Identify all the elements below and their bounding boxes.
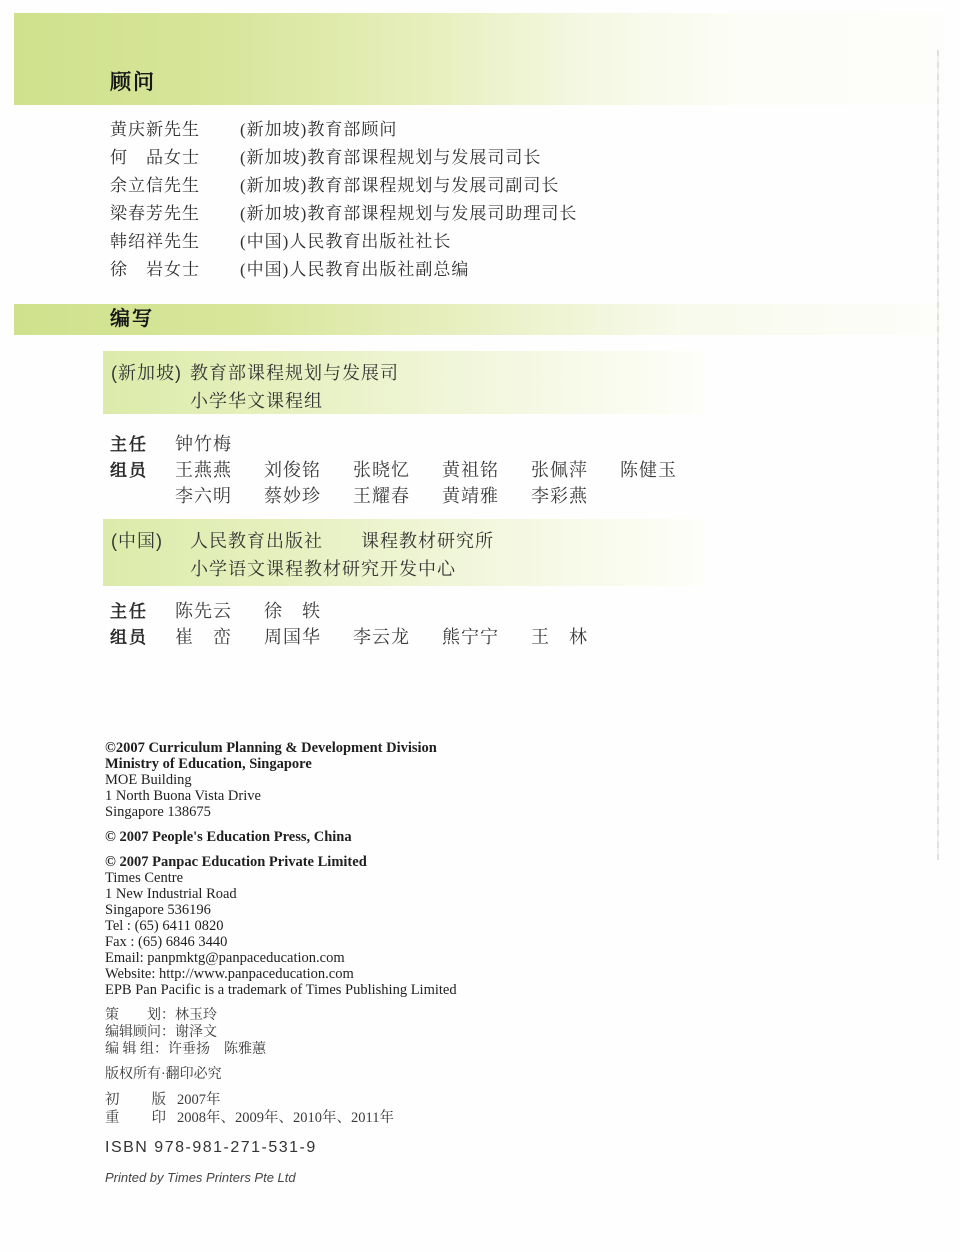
- person-name: 徐 轶: [264, 597, 321, 623]
- china-org-line2: 小学语文课程教材研究开发中心: [190, 555, 494, 583]
- advisor-name: 何 品女士: [110, 144, 240, 172]
- singapore-director-row: 主任 钟竹梅: [110, 430, 232, 456]
- advisor-name: 韩绍祥先生: [110, 228, 240, 256]
- singapore-members-row1: 组员 王燕燕 刘俊铭 张晓忆 黄祖铭 张佩萍 陈健玉: [110, 456, 677, 482]
- person-name: 王 林: [531, 623, 588, 649]
- panpac-email: Email: panpmktg@panpaceducation.com: [105, 950, 665, 966]
- members-label: 组员: [110, 456, 175, 481]
- person-name: 黄靖雅: [442, 482, 531, 508]
- chinese-credits: 策 划：林玉玲 编辑顾问：谢泽文 编 辑 组：许垂扬 陈雅蕙: [105, 1007, 665, 1058]
- cpdd-addr3: Singapore 138675: [105, 804, 665, 820]
- credit-label: 编辑顾问：: [105, 1025, 175, 1040]
- credit-row: 编辑顾问：谢泽文: [105, 1024, 665, 1041]
- edition-value: 2008年、2009年、2010年、2011年: [177, 1110, 394, 1126]
- advisor-title: (中国)人民教育出版社社长: [240, 228, 451, 256]
- advisors-heading: 顾问: [110, 66, 156, 96]
- advisors-list: 黄庆新先生 (新加坡)教育部顾问 何 品女士 (新加坡)教育部课程规划与发展司司…: [110, 116, 750, 284]
- singapore-org-box: (新加坡) 教育部课程规划与发展司 小学华文课程组: [103, 351, 703, 414]
- advisor-row: 黄庆新先生 (新加坡)教育部顾问: [110, 116, 750, 144]
- china-org-names: 人民教育出版社 课程教材研究所 小学语文课程教材研究开发中心: [190, 527, 494, 583]
- member-names: 崔 峦 周国华 李云龙 熊宁宁 王 林: [175, 623, 588, 649]
- singapore-org-line1: 教育部课程规划与发展司: [190, 359, 399, 387]
- advisor-title: (新加坡)教育部顾问: [240, 116, 397, 144]
- panpac-trademark: EPB Pan Pacific is a trademark of Times …: [105, 982, 665, 998]
- advisor-title: (中国)人民教育出版社副总编: [240, 256, 469, 284]
- edition-label: 初 版: [105, 1091, 177, 1109]
- person-name: 刘俊铭: [264, 456, 353, 482]
- advisor-title: (新加坡)教育部课程规划与发展司司长: [240, 144, 541, 172]
- china-org-box: (中国) 人民教育出版社 课程教材研究所 小学语文课程教材研究开发中心: [103, 519, 703, 586]
- person-name: 熊宁宁: [442, 623, 531, 649]
- director-label: 主任: [110, 430, 175, 455]
- editorial-header-bar: 编写: [14, 304, 944, 335]
- panpac-line: © 2007 Panpac Education Private Limited: [105, 854, 665, 870]
- advisor-name: 余立信先生: [110, 172, 240, 200]
- person-name: 王耀春: [353, 482, 442, 508]
- person-name: 钟竹梅: [175, 430, 232, 456]
- director-label: 主任: [110, 597, 175, 622]
- panpac-website: Website: http://www.panpaceducation.com: [105, 966, 665, 982]
- person-name: 李云龙: [353, 623, 442, 649]
- person-name: 蔡妙珍: [264, 482, 353, 508]
- advisor-title: (新加坡)教育部课程规划与发展司助理司长: [240, 200, 577, 228]
- credit-row: 编 辑 组：许垂扬 陈雅蕙: [105, 1041, 665, 1058]
- person-name: 王燕燕: [175, 456, 264, 482]
- panpac-addr2: 1 New Industrial Road: [105, 886, 665, 902]
- credit-value: 谢泽文: [175, 1025, 217, 1040]
- credit-label: 策 划：: [105, 1008, 175, 1023]
- advisors-header-band: 顾问: [14, 13, 944, 105]
- advisor-name: 梁春芳先生: [110, 200, 240, 228]
- china-director-row: 主任 陈先云 徐 轶: [110, 597, 321, 623]
- credit-value: 许垂扬 陈雅蕙: [168, 1042, 266, 1057]
- panpac-tel: Tel : (65) 6411 0820: [105, 918, 665, 934]
- singapore-region-label: (新加坡): [111, 359, 182, 385]
- cpdd-line1: ©2007 Curriculum Planning & Development …: [105, 740, 665, 756]
- members-label: 组员: [110, 623, 175, 648]
- person-name: 张晓忆: [353, 456, 442, 482]
- advisor-row: 余立信先生 (新加坡)教育部课程规划与发展司副司长: [110, 172, 750, 200]
- edition-history: 初 版2007年 重 印2008年、2009年、2010年、2011年: [105, 1091, 665, 1127]
- edition-value: 2007年: [177, 1092, 221, 1108]
- advisor-name: 徐 岩女士: [110, 256, 240, 284]
- china-org-line1: 人民教育出版社 课程教材研究所: [190, 527, 494, 555]
- person-name: 黄祖铭: [442, 456, 531, 482]
- advisor-row: 徐 岩女士 (中国)人民教育出版社副总编: [110, 256, 750, 284]
- advisor-row: 韩绍祥先生 (中国)人民教育出版社社长: [110, 228, 750, 256]
- edition-label: 重 印: [105, 1109, 177, 1127]
- panpac-addr1: Times Centre: [105, 870, 665, 886]
- person-name: 周国华: [264, 623, 353, 649]
- singapore-org-names: 教育部课程规划与发展司 小学华文课程组: [190, 359, 399, 415]
- edition-row: 初 版2007年: [105, 1091, 665, 1109]
- person-name: 陈先云: [175, 597, 264, 623]
- member-names: 王燕燕 刘俊铭 张晓忆 黄祖铭 张佩萍 陈健玉: [175, 456, 677, 482]
- panpac-addr3: Singapore 536196: [105, 902, 665, 918]
- person-name: 陈健玉: [620, 456, 677, 482]
- edition-row: 重 印2008年、2009年、2010年、2011年: [105, 1109, 665, 1127]
- person-name: 张佩萍: [531, 456, 620, 482]
- panpac-fax: Fax : (65) 6846 3440: [105, 934, 665, 950]
- cpdd-line2: Ministry of Education, Singapore: [105, 756, 665, 772]
- pep-line: © 2007 People's Education Press, China: [105, 829, 665, 845]
- china-region-label: (中国): [111, 527, 163, 553]
- credit-row: 策 划：林玉玲: [105, 1007, 665, 1024]
- isbn: ISBN 978-981-271-531-9: [105, 1139, 665, 1157]
- cpdd-copyright: ©2007 Curriculum Planning & Development …: [105, 740, 665, 820]
- cpdd-addr2: 1 North Buona Vista Drive: [105, 788, 665, 804]
- advisor-row: 梁春芳先生 (新加坡)教育部课程规划与发展司助理司长: [110, 200, 750, 228]
- person-name: 崔 峦: [175, 623, 264, 649]
- advisor-row: 何 品女士 (新加坡)教育部课程规划与发展司司长: [110, 144, 750, 172]
- credit-label: 编 辑 组：: [105, 1042, 168, 1057]
- person-name: 李彩燕: [531, 482, 588, 508]
- advisor-title: (新加坡)教育部课程规划与发展司副司长: [240, 172, 559, 200]
- person-name: 李六明: [175, 482, 264, 508]
- editorial-heading: 编写: [110, 304, 154, 335]
- imprint-block: ©2007 Curriculum Planning & Development …: [105, 740, 665, 1185]
- china-members-row: 组员 崔 峦 周国华 李云龙 熊宁宁 王 林: [110, 623, 588, 649]
- director-names: 钟竹梅: [175, 430, 232, 456]
- advisor-name: 黄庆新先生: [110, 116, 240, 144]
- director-names: 陈先云 徐 轶: [175, 597, 321, 623]
- page-scan-edge: [937, 50, 939, 860]
- member-names: 李六明 蔡妙珍 王耀春 黄靖雅 李彩燕: [175, 482, 588, 508]
- rights-notice: 版权所有·翻印必究: [105, 1066, 665, 1083]
- book-imprint-page: 顾问 黄庆新先生 (新加坡)教育部顾问 何 品女士 (新加坡)教育部课程规划与发…: [0, 0, 960, 1252]
- singapore-org-line2: 小学华文课程组: [190, 387, 399, 415]
- pep-copyright: © 2007 People's Education Press, China: [105, 829, 665, 845]
- credit-value: 林玉玲: [175, 1008, 217, 1023]
- singapore-members-row2: 李六明 蔡妙珍 王耀春 黄靖雅 李彩燕: [110, 482, 588, 508]
- printer-note: Printed by Times Printers Pte Ltd: [105, 1170, 665, 1185]
- cpdd-addr1: MOE Building: [105, 772, 665, 788]
- panpac-copyright: © 2007 Panpac Education Private Limited …: [105, 854, 665, 998]
